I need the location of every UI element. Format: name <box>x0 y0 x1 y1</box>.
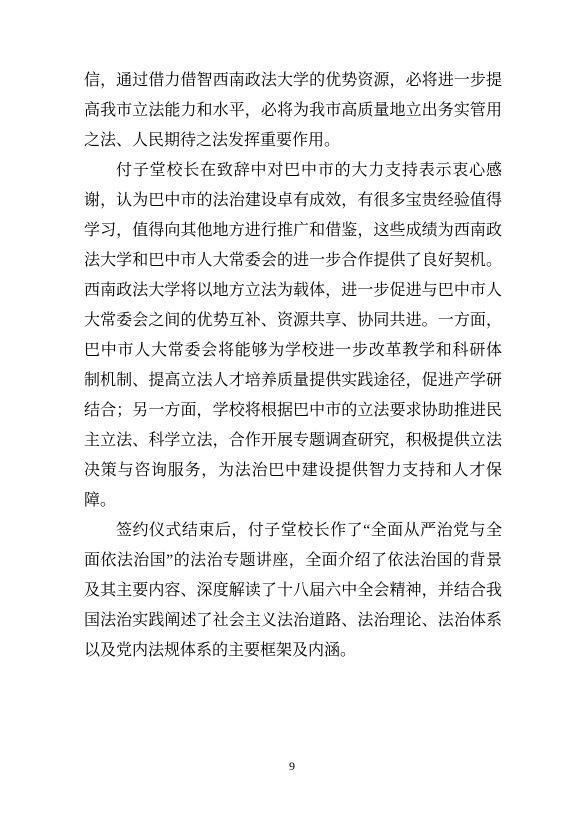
text-line: 主立法、科学立法，合作开展专题调查研究，积极提供立法 <box>84 426 502 456</box>
body-text: 信，通过借力借智西南政法大学的优势资源，必将进一步提高我市立法能力和水平，必将为… <box>84 66 502 666</box>
text-line: 障。 <box>84 486 502 516</box>
text-line: 大常委会之间的优势互补、资源共享、协同共进。一方面， <box>84 306 502 336</box>
text-line: 面依法治国”的法治专题讲座，全面介绍了依法治国的背景 <box>84 546 502 576</box>
text-line: 结合；另一方面，学校将根据巴中市的立法要求协助推进民 <box>84 396 502 426</box>
text-line: 法大学和巴中市人大常委会的进一步合作提供了良好契机。 <box>84 246 502 276</box>
text-line: 西南政法大学将以地方立法为载体，进一步促进与巴中市人 <box>84 276 502 306</box>
text-line: 谢，认为巴中市的法治建设卓有成效，有很多宝贵经验值得 <box>84 186 502 216</box>
text-line: 签约仪式结束后，付子堂校长作了“全面从严治党与全 <box>84 516 502 546</box>
document-page: 信，通过借力借智西南政法大学的优势资源，必将进一步提高我市立法能力和水平，必将为… <box>0 0 584 832</box>
text-line: 高我市立法能力和水平，必将为我市高质量地立出务实管用 <box>84 96 502 126</box>
text-line: 信，通过借力借智西南政法大学的优势资源，必将进一步提 <box>84 66 502 96</box>
text-line: 国法治实践阐述了社会主义法治道路、法治理论、法治体系 <box>84 606 502 636</box>
text-line: 制机制、提高立法人才培养质量提供实践途径，促进产学研 <box>84 366 502 396</box>
text-line: 之法、人民期待之法发挥重要作用。 <box>84 126 502 156</box>
text-line: 及其主要内容、深度解读了十八届六中全会精神，并结合我 <box>84 576 502 606</box>
text-line: 学习，值得向其他地方进行推广和借鉴，这些成绩为西南政 <box>84 216 502 246</box>
text-line: 决策与咨询服务，为法治巴中建设提供智力支持和人才保 <box>84 456 502 486</box>
page-number: 9 <box>0 756 584 776</box>
text-line: 巴中市人大常委会将能够为学校进一步改革教学和科研体 <box>84 336 502 366</box>
text-line: 以及党内法规体系的主要框架及内涵。 <box>84 636 502 666</box>
text-line: 付子堂校长在致辞中对巴中市的大力支持表示衷心感 <box>84 156 502 186</box>
